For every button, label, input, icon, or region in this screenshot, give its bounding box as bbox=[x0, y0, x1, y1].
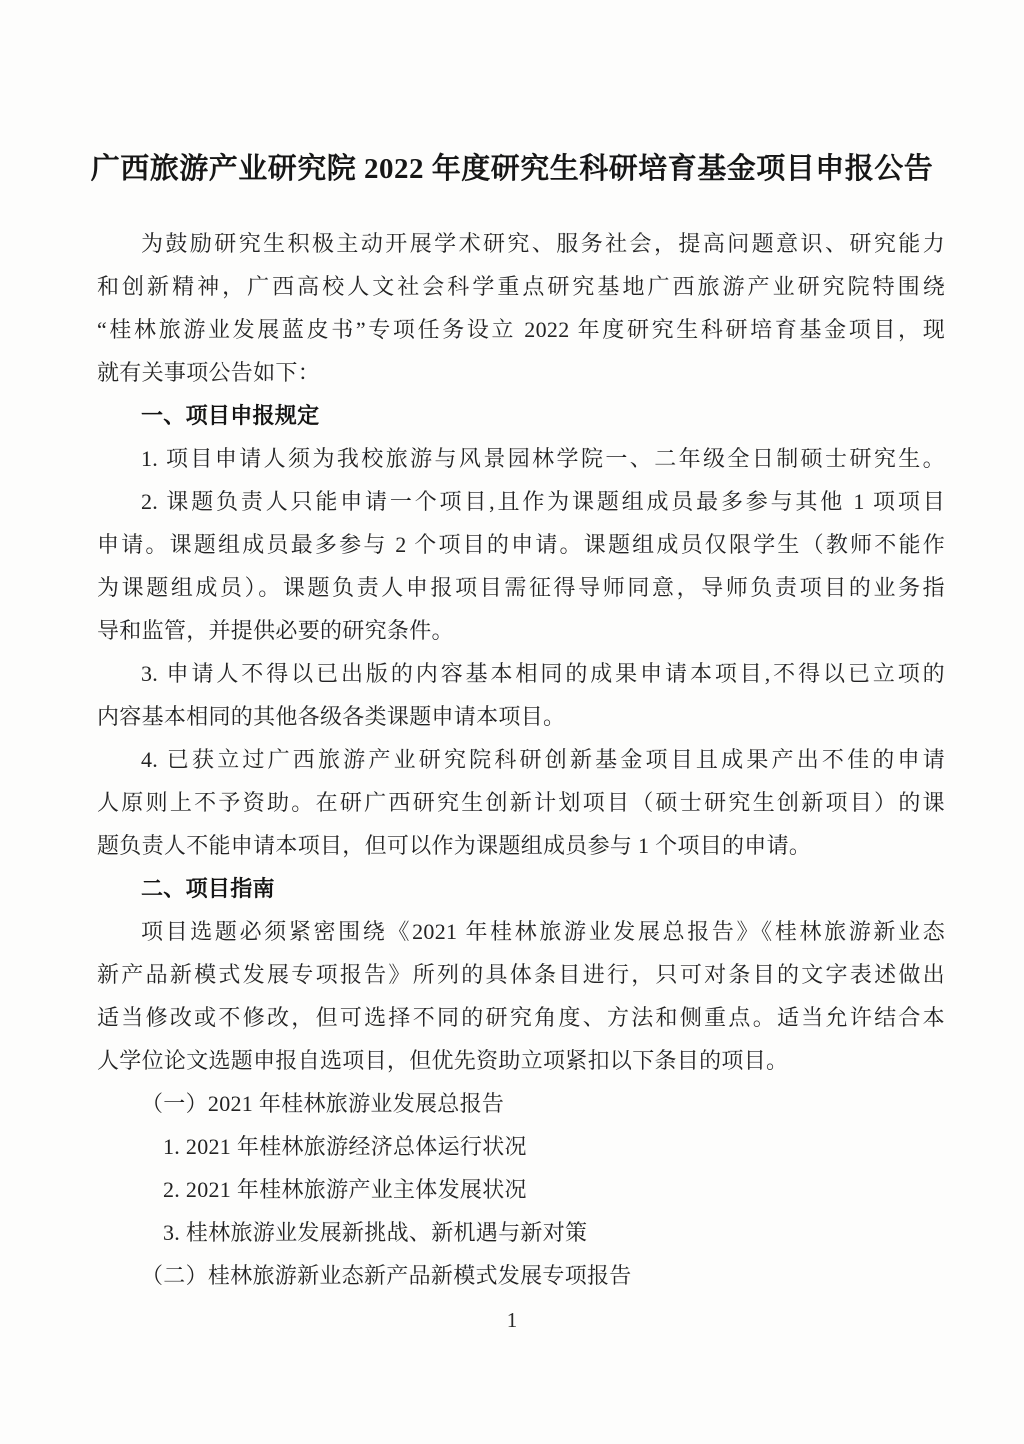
document-lines: 为鼓励研究生积极主动开展学术研究、服务社会，提高问题意识、研究能力和创新精神，广… bbox=[97, 222, 945, 1297]
text-line: 为鼓励研究生积极主动开展学术研究、服务社会，提高问题意识、研究能力 bbox=[97, 222, 945, 265]
text-line: 导和监管，并提供必要的研究条件。 bbox=[97, 609, 945, 652]
text-line: 3. 桂林旅游业发展新挑战、新机遇与新对策 bbox=[97, 1211, 945, 1254]
text-line: 为课题组成员）。课题负责人申报项目需征得导师同意，导师负责项目的业务指 bbox=[97, 566, 945, 609]
page-number: 1 bbox=[0, 1308, 1024, 1333]
text-line: 3. 申请人不得以已出版的内容基本相同的成果申请本项目,不得以已立项的 bbox=[97, 652, 945, 695]
text-line: 新产品新模式发展专项报告》所列的具体条目进行，只可对条目的文字表述做出 bbox=[97, 953, 945, 996]
text-line: 题负责人不能申请本项目，但可以作为课题组成员参与 1 个项目的申请。 bbox=[97, 824, 945, 867]
text-line: 申请。课题组成员最多参与 2 个项目的申请。课题组成员仅限学生（教师不能作 bbox=[97, 523, 945, 566]
text-line: 4. 已获立过广西旅游产业研究院科研创新基金项目且成果产出不佳的申请 bbox=[97, 738, 945, 781]
text-line: （一）2021 年桂林旅游业发展总报告 bbox=[97, 1082, 945, 1125]
text-line: 2. 课题负责人只能申请一个项目,且作为课题组成员最多参与其他 1 项项目 bbox=[97, 480, 945, 523]
text-line: 1. 项目申请人须为我校旅游与风景园林学院一、二年级全日制硕士研究生。 bbox=[97, 437, 945, 480]
text-line: 人原则上不予资助。在研广西研究生创新计划项目（硕士研究生创新项目）的课 bbox=[97, 781, 945, 824]
text-line: 内容基本相同的其他各级各类课题申请本项目。 bbox=[97, 695, 945, 738]
text-line: 项目选题必须紧密围绕《2021 年桂林旅游业发展总报告》《桂林旅游新业态 bbox=[97, 910, 945, 953]
text-line: 适当修改或不修改，但可选择不同的研究角度、方法和侧重点。适当允许结合本 bbox=[97, 996, 945, 1039]
document-title: 广西旅游产业研究院 2022 年度研究生科研培育基金项目申报公告 bbox=[60, 146, 964, 187]
document-page: 广西旅游产业研究院 2022 年度研究生科研培育基金项目申报公告 为鼓励研究生积… bbox=[0, 0, 1024, 1444]
text-line: 1. 2021 年桂林旅游经济总体运行状况 bbox=[97, 1125, 945, 1168]
text-line: “桂林旅游业发展蓝皮书”专项任务设立 2022 年度研究生科研培育基金项目，现 bbox=[97, 308, 945, 351]
text-line: 就有关事项公告如下： bbox=[97, 351, 945, 394]
text-line: 人学位论文选题申报自选项目，但优先资助立项紧扣以下条目的项目。 bbox=[97, 1039, 945, 1082]
section-heading: 一、项目申报规定 bbox=[97, 394, 945, 437]
text-line: 和创新精神，广西高校人文社会科学重点研究基地广西旅游产业研究院特围绕 bbox=[97, 265, 945, 308]
text-line: （二）桂林旅游新业态新产品新模式发展专项报告 bbox=[97, 1254, 945, 1297]
text-line: 2. 2021 年桂林旅游产业主体发展状况 bbox=[97, 1168, 945, 1211]
section-heading: 二、项目指南 bbox=[97, 867, 945, 910]
